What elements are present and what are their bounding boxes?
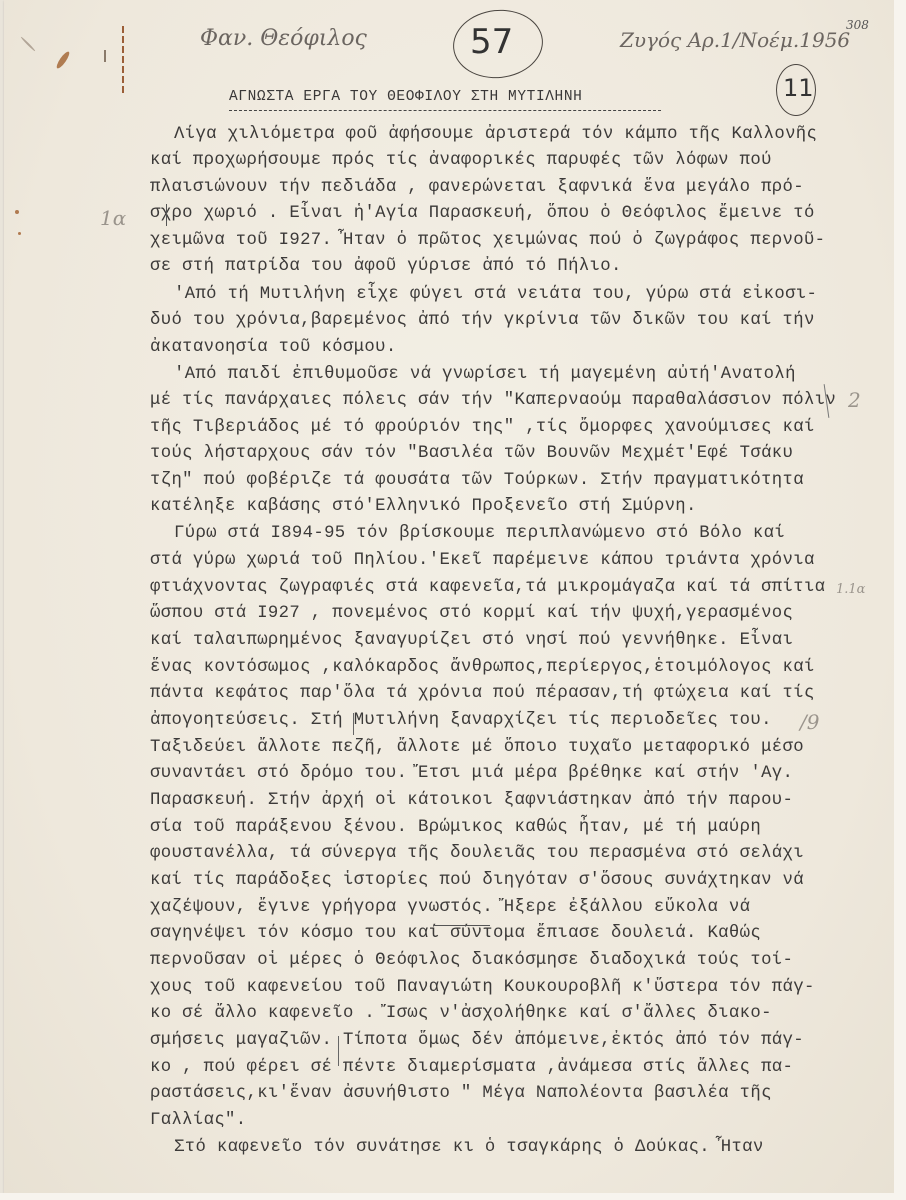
margin-note-right: 1.1α [836,582,865,597]
text-line: Παρασκευή. Στήν ἀρχή οἱ κάτοικοι ξαφνιάσ… [150,790,793,812]
pencil-mark [166,204,167,226]
text-line: Γύρω στά Ι894-95 τόν βρίσκουμε περιπλανώ… [174,523,785,545]
text-line: ραστάσεις,κι'ἕναν ἀσυνήθιστο " Μέγα Ναπο… [150,1083,772,1105]
text-line: σαγηνέψει τόν κόσμο του καί σύντομα ἔπια… [150,923,761,945]
scan-edge-bottom [0,1193,906,1200]
text-line: καί ταλαιπωρημένος ξαναγυρίζει στό νησί … [150,630,793,652]
text-line: φτιάχνοντας ζωγραφιές στά καφενεῖα,τά μι… [150,577,825,599]
text-line: δυό του χρόνια,βαρεμένος ἀπό τήν γκρίνια… [150,310,815,332]
text-line: σχρο χωριό . Εἶναι ἡ'Αγία Παρασκευή, ὅπο… [150,203,815,225]
title-underline [229,110,661,111]
text-line: πλαισιώνουν τήν πεδιάδα , φανερώνεται ξα… [150,177,804,199]
text-line: 'Από παιδί ἐπιθυμοῦσε νά γνωρίσει τή μαγ… [174,364,796,386]
text-line: 'Από τή Μυτιλήνη εἶχε φύγει στά νειάτα τ… [174,284,817,306]
scan-edge-right [894,0,906,1200]
handwritten-source: Ζυγός Αρ.1/Νοέμ.1956 [620,28,850,52]
text-line: τούς λήσταρχους σάν τόν "Βασιλέα τῶν Βου… [150,443,793,465]
text-line: καί προχωρήσουμε πρός τίς ἀναφορικές παρ… [150,150,772,172]
text-line: ὥσπου στά Ι927 , πονεμένος στό κορμί καί… [150,603,793,625]
text-line: τῆς Τιβεριάδος μέ τό φρούριόν της" ,τίς … [150,417,815,439]
stain-mark [15,210,19,214]
handwritten-note-author: Φαν. Θεόφιλος [200,26,367,51]
text-line: ἀκατανοησία τοῦ κόσμου. [150,337,397,359]
text-line: χειμῶνα τοῦ Ι927. Ἦταν ὁ πρῶτος χειμώνας… [150,230,825,252]
text-line: ἀπογοητεύσεις. Στή Μυτιλήνη ξαναρχίζει τ… [150,710,772,732]
text-line: καί τίς παράδοξες ἱστορίες πού διηγόταν … [150,870,804,892]
text-line: Λίγα χιλιόμετρα φοῦ ἀφήσουμε ἀριστερά τό… [174,124,817,146]
text-line: πάντα κεφάτος παρ'ὅλα τά χρόνια πού πέρα… [150,683,815,705]
text-line: μέ τίς πανάρχαιες πόλεις σάν τήν "Καπερν… [150,390,836,412]
text-line: κο , πού φέρει σέ πέντε διαμερίσματα ,ἀν… [150,1057,793,1079]
margin-note-right: /9 [800,710,819,734]
text-line: Ταξιδεύει ἄλλοτε πεζῆ, ἄλλοτε μέ ὅποιο τ… [150,737,804,759]
pencil-underline [434,925,490,926]
text-line: χαζέψουν, ἔγινε γρήγορα γνωστός. Ἤξερε ἐ… [150,897,750,919]
margin-note-right: 2 [848,388,861,412]
margin-note-left: 1α [100,206,126,230]
corner-page-number: 308 [846,18,869,32]
text-line: στά γύρω χωριά τοῦ Πηλίου.'Εκεῖ παρέμειν… [150,550,815,572]
pencil-mark [353,713,354,735]
text-line: Στό καφενεῖο τόν συνάτησε κι ὁ τσαγκάρης… [174,1137,764,1159]
text-line: ἕνας κοντόσωμος ,καλόκαρδος ἄνθρωπος,περ… [150,657,815,679]
stain-mark [104,50,106,62]
pencil-mark [338,1036,339,1066]
stain-mark [18,232,21,235]
text-line: κατέληξε καβάσης στό'Ελληνικό Προξενεῖο … [150,496,697,518]
text-line: τζη" πού φοβέριζε τά φουσάτα τῶν Τούρκων… [150,470,804,492]
text-line: σμήσεις μαγαζιῶν. Τίποτα ὅμως δέν ἀπόμει… [150,1030,804,1052]
circled-page-number: 11 [783,74,814,102]
text-line: χους τοῦ καφενείου τοῦ Παναγιώτη Κουκουρ… [150,977,815,999]
stain-mark [122,26,124,96]
text-line: σία τοῦ παράξενου ξένου. Βρώμικος καθώς … [150,817,761,839]
text-line: περνοῦσαν οἱ μέρες ὁ Θεόφιλος διακόσμησε… [150,950,793,972]
text-line: Γαλλίας". [150,1110,246,1132]
text-line: κο σέ ἄλλο καφενεῖο . Ἴσως ν'ἀσχολήθηκε … [150,1003,772,1025]
document-title: ΑΓΝΩΣΤΑ ΕΡΓΑ ΤΟΥ ΘΕΟΦΙΛΟΥ ΣΤΗ ΜΥΤΙΛΗΝΗ [229,89,582,105]
circled-number: 57 [470,22,513,62]
text-line: σε στή πατρίδα του ἀφοῦ γύρισε ἀπό τό Πή… [150,256,622,278]
text-line: φουστανέλλα, τά σύνεργα τῆς δουλειᾶς του… [150,843,804,865]
text-line: συναντάει στό δρόμο του. Ἔτσι μιά μέρα β… [150,763,793,785]
